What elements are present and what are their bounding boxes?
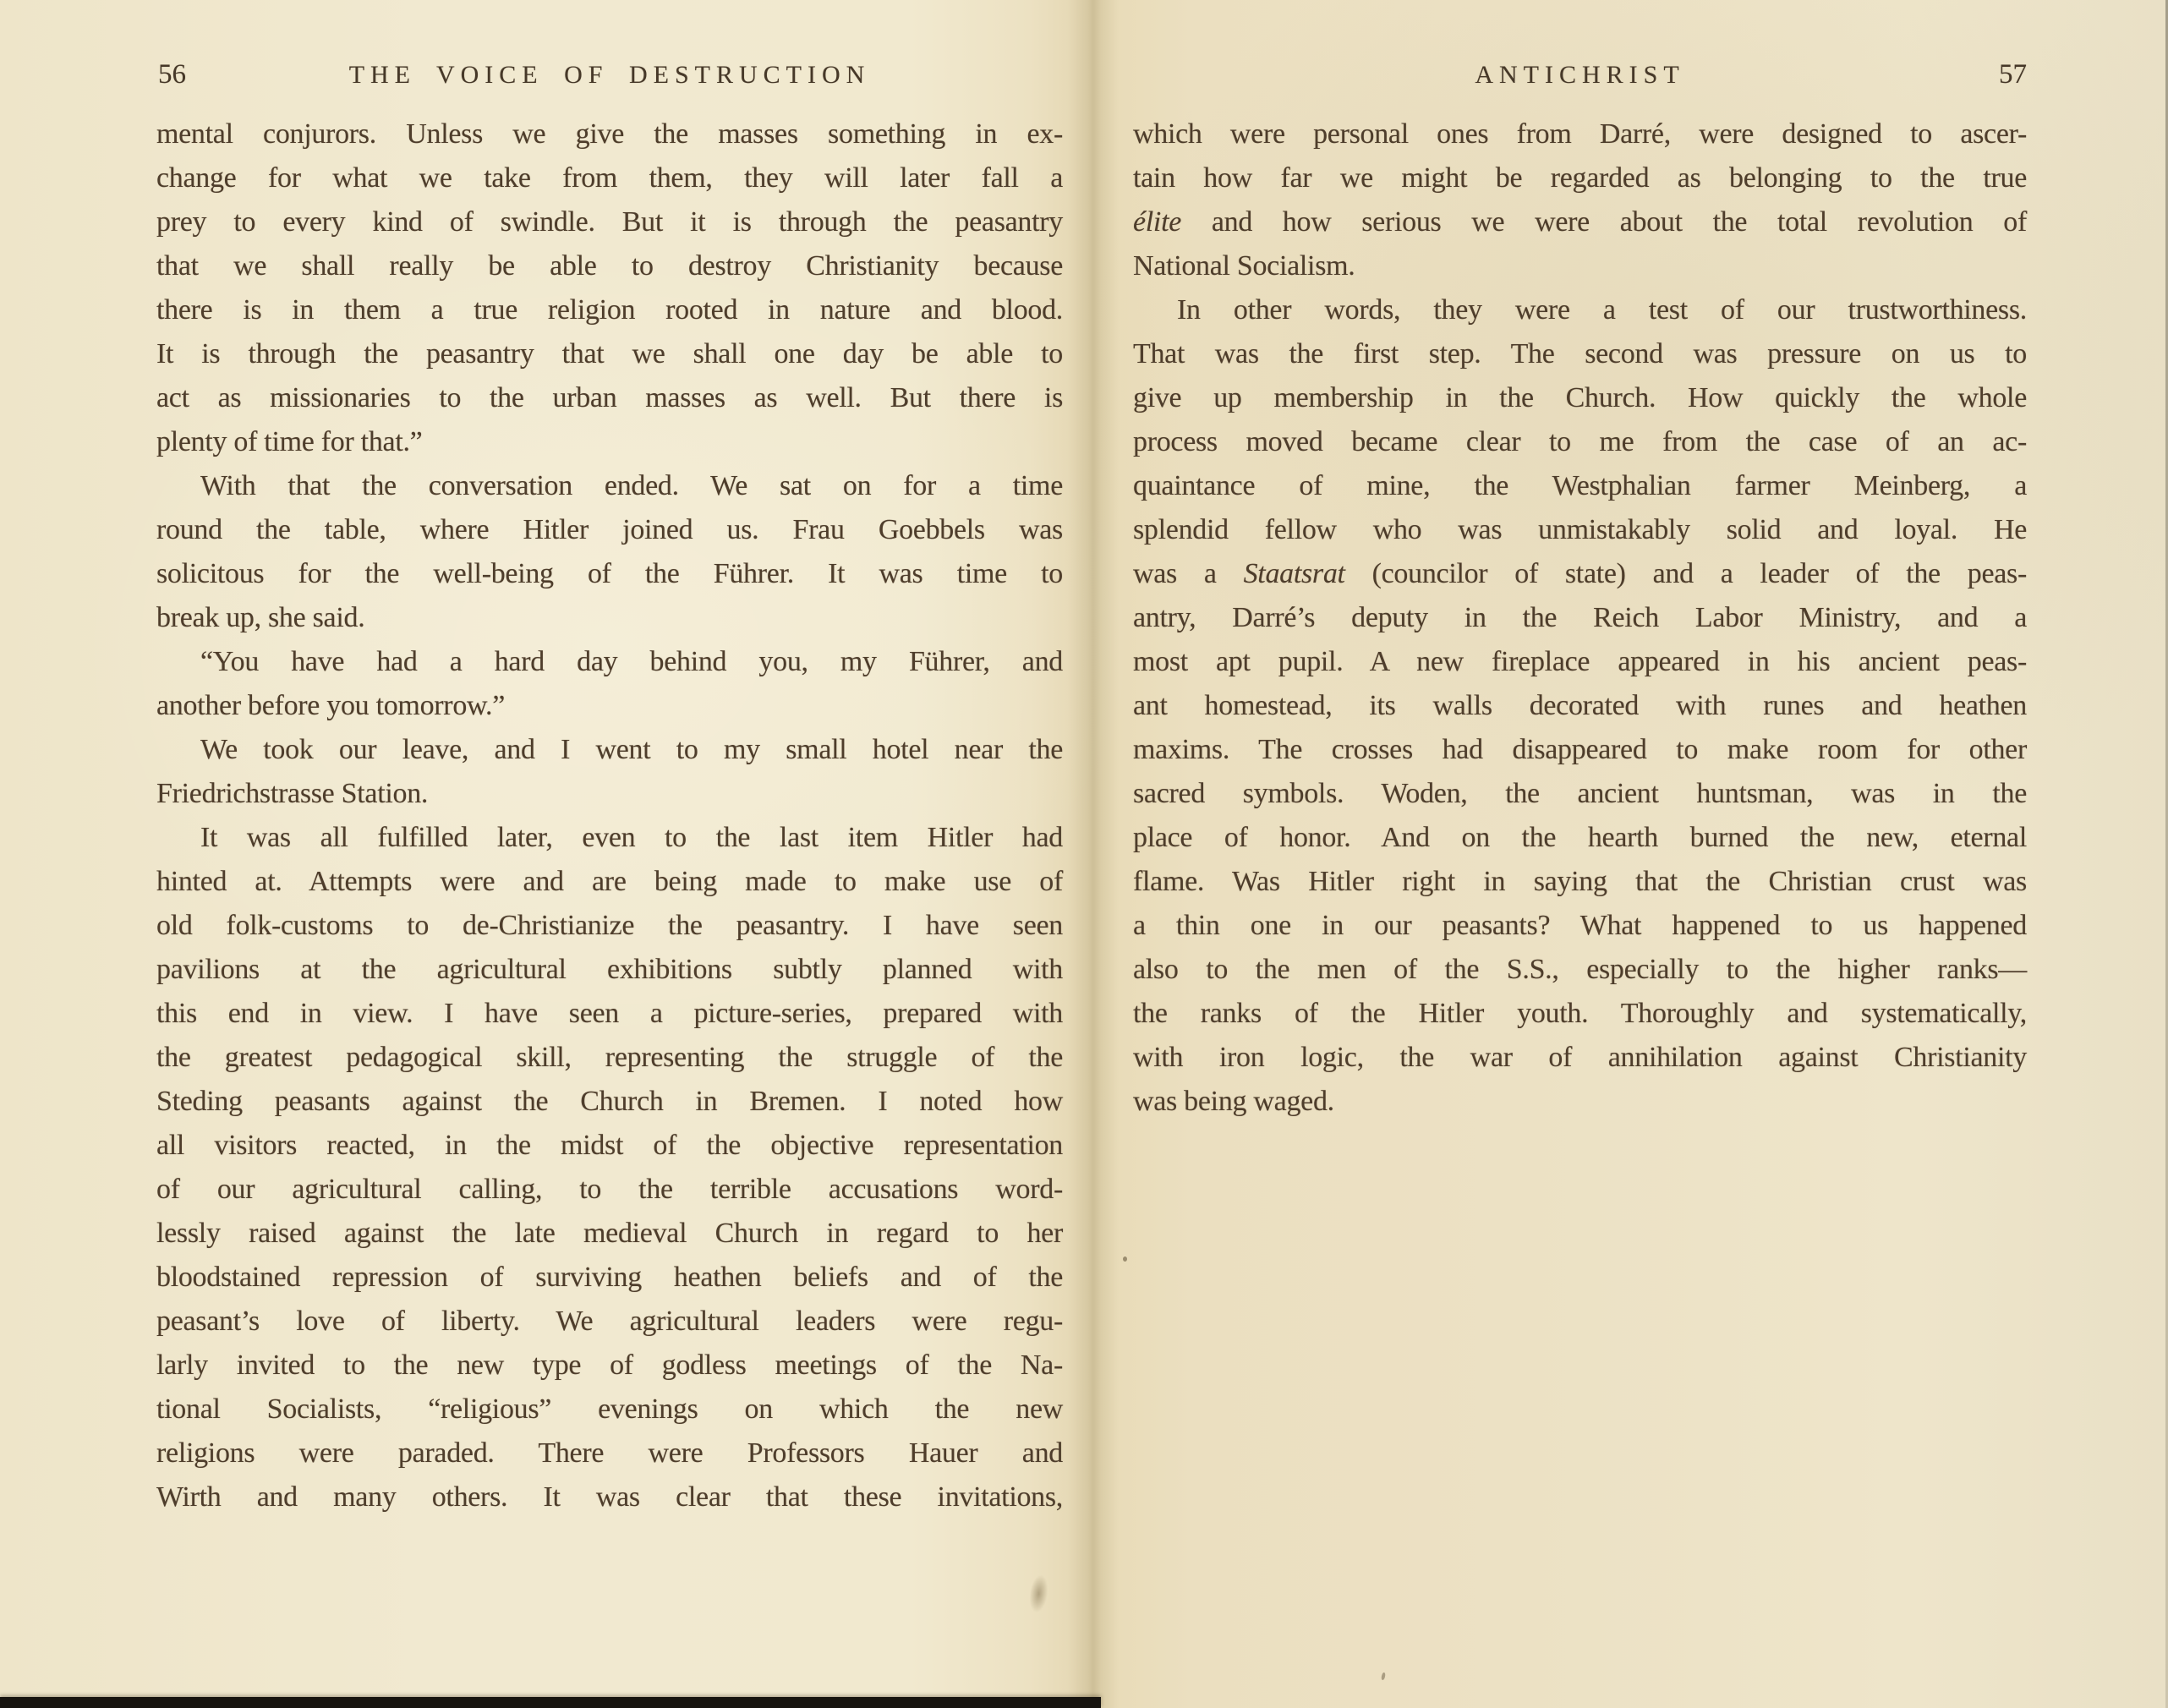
text-line: National Socialism.: [1133, 244, 2027, 288]
text-line: change for what we take from them, they …: [156, 156, 1063, 200]
text-line: larly invited to the new type of godless…: [156, 1344, 1063, 1388]
text-line: another before you tomorrow.”: [156, 684, 1063, 728]
text-line: break up, she said.: [156, 596, 1063, 640]
text-line: With that the conversation ended. We sat…: [156, 464, 1063, 508]
text-line: plenty of time for that.”: [156, 420, 1063, 464]
text-line: peasant’s love of liberty. We agricultur…: [156, 1300, 1063, 1344]
text-column: mental conjurors. Unless we give the mas…: [156, 112, 1063, 1519]
running-header: THE VOICE OF DESTRUCTION: [156, 61, 1063, 98]
text-line: pavilions at the agricultural exhibition…: [156, 948, 1063, 992]
text-line: It is through the peasantry that we shal…: [156, 332, 1063, 376]
text-line: Friedrichstrasse Station.: [156, 772, 1063, 816]
text-line: In other words, they were a test of our …: [1133, 288, 2027, 332]
text-line: Steding peasants against the Church in B…: [156, 1080, 1063, 1124]
book-scan: 56 THE VOICE OF DESTRUCTION mental conju…: [0, 0, 2168, 1708]
text-line: act as missionaries to the urban masses …: [156, 376, 1063, 420]
text-line: tain how far we might be regarded as bel…: [1133, 156, 2027, 200]
text-line: mental conjurors. Unless we give the mas…: [156, 112, 1063, 156]
left-page: 56 THE VOICE OF DESTRUCTION mental conju…: [156, 0, 1063, 1708]
text-line: most apt pupil. A new fireplace appeared…: [1133, 640, 2027, 684]
text-line: which were personal ones from Darré, wer…: [1133, 112, 2027, 156]
page-number: 57: [1999, 59, 2027, 90]
text-line: old folk-customs to de-Christianize the …: [156, 904, 1063, 948]
text-line: “You have had a hard day behind you, my …: [156, 640, 1063, 684]
text-line: give up membership in the Church. How qu…: [1133, 376, 2027, 420]
text-line: that we shall really be able to destroy …: [156, 244, 1063, 288]
text-line: this end in view. I have seen a picture-…: [156, 992, 1063, 1036]
text-line: It was all fulfilled later, even to the …: [156, 816, 1063, 860]
text-line: bloodstained repression of surviving hea…: [156, 1256, 1063, 1300]
text-line: also to the men of the S.S., especially …: [1133, 948, 2027, 992]
text-line: place of honor. And on the hearth burned…: [1133, 816, 2027, 860]
text-line: splendid fellow who was unmistakably sol…: [1133, 508, 2027, 552]
gutter-shadow: [1067, 0, 1120, 1708]
text-line: was being waged.: [1133, 1080, 2027, 1124]
text-line: élite and how serious we were about the …: [1133, 200, 2027, 244]
text-line: round the table, where Hitler joined us.…: [156, 508, 1063, 552]
text-line: of our agricultural calling, to the terr…: [156, 1168, 1063, 1212]
text-line: quaintance of mine, the Westphalian farm…: [1133, 464, 2027, 508]
text-line: ant homestead, its walls decorated with …: [1133, 684, 2027, 728]
text-line: lessly raised against the late medieval …: [156, 1212, 1063, 1256]
text-column: which were personal ones from Darré, wer…: [1133, 112, 2027, 1124]
text-line: flame. Was Hitler right in saying that t…: [1133, 860, 2027, 904]
text-line: process moved became clear to me from th…: [1133, 420, 2027, 464]
text-line: maxims. The crosses had disappeared to m…: [1133, 728, 2027, 772]
text-line: hinted at. Attempts were and are being m…: [156, 860, 1063, 904]
scan-edge-bottom: [0, 1697, 1101, 1708]
text-line: with iron logic, the war of annihilation…: [1133, 1036, 2027, 1080]
text-line: prey to every kind of swindle. But it is…: [156, 200, 1063, 244]
ink-speck: [1123, 1256, 1127, 1262]
text-line: Wirth and many others. It was clear that…: [156, 1475, 1063, 1519]
text-line: We took our leave, and I went to my smal…: [156, 728, 1063, 772]
text-line: there is in them a true religion rooted …: [156, 288, 1063, 332]
text-line: sacred symbols. Woden, the ancient hunts…: [1133, 772, 2027, 816]
text-line: all visitors reacted, in the midst of th…: [156, 1124, 1063, 1168]
text-line: the greatest pedagogical skill, represen…: [156, 1036, 1063, 1080]
right-page: ANTICHRIST 57 which were personal ones f…: [1133, 0, 2027, 1708]
text-line: tional Socialists, “religious” evenings …: [156, 1388, 1063, 1432]
text-line: solicitous for the well-being of the Füh…: [156, 552, 1063, 596]
text-line: the ranks of the Hitler youth. Thoroughl…: [1133, 992, 2027, 1036]
text-line: religions were paraded. There were Profe…: [156, 1432, 1063, 1475]
running-header: ANTICHRIST: [1133, 61, 2027, 98]
text-line: a thin one in our peasants? What happene…: [1133, 904, 2027, 948]
text-line: That was the first step. The second was …: [1133, 332, 2027, 376]
text-line: was a Staatsrat (councilor of state) and…: [1133, 552, 2027, 596]
text-line: antry, Darré’s deputy in the Reich Labor…: [1133, 596, 2027, 640]
